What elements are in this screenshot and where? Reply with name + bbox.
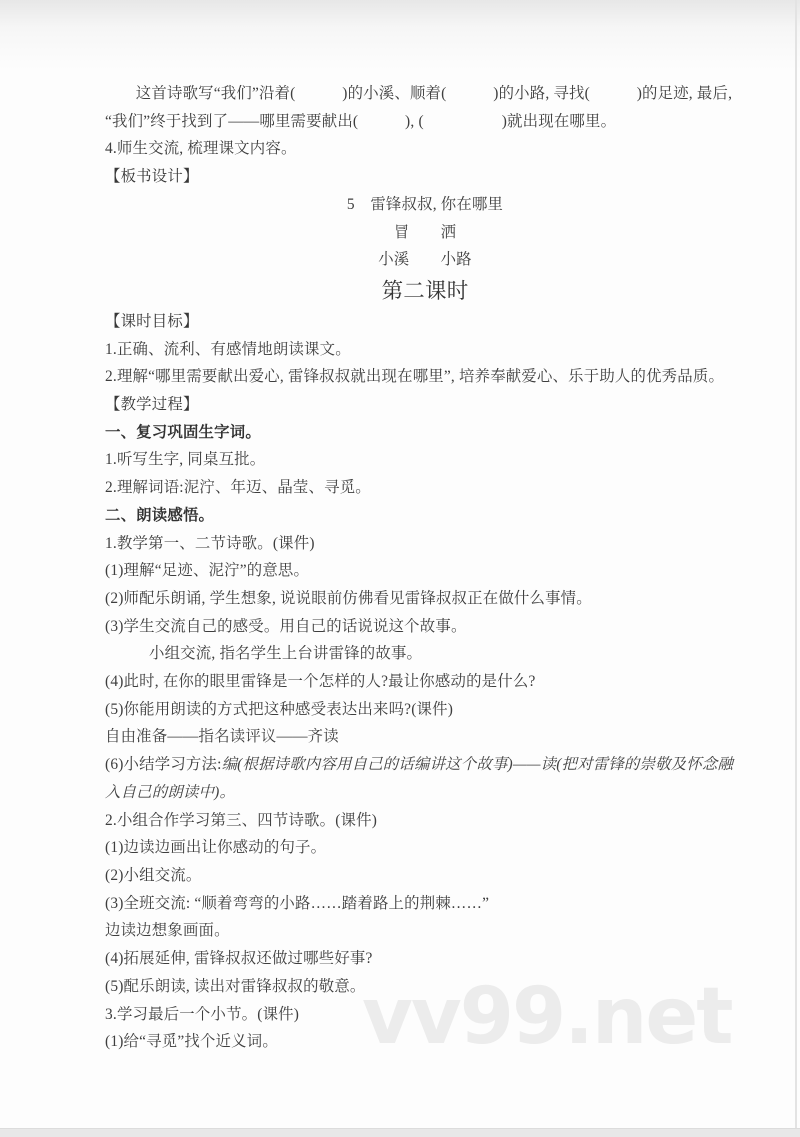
substep-teacher-recite: (2)师配乐朗诵, 学生想象, 说说眼前仿佛看见雷锋叔叔正在做什么事情。 bbox=[105, 585, 745, 613]
goal-item-1: 1.正确、流利、有感情地朗读课文。 bbox=[105, 336, 745, 364]
document-page: vv99.net 这首诗歌写“我们”沿着( )的小溪、顺着( )的小路, 寻找(… bbox=[0, 0, 800, 1137]
substep-method-summary: (6)小结学习方法:编(根据诗歌内容用自己的话编讲这个故事)——读(把对雷锋的崇… bbox=[105, 751, 745, 806]
heading-teaching-process: 【教学过程】 bbox=[105, 391, 745, 419]
step-word-meanings: 2.理解词语:泥泞、年迈、晶莹、寻觅。 bbox=[105, 474, 745, 502]
board-lesson-title: 5 雷锋叔叔, 你在哪里 bbox=[105, 191, 745, 219]
section-heading-1: 一、复习巩固生字词。 bbox=[105, 419, 745, 447]
page-bottom-edge bbox=[0, 1128, 800, 1137]
step-group-study-stanzas-3-4: 2.小组合作学习第三、四节诗歌。(课件) bbox=[105, 807, 745, 835]
substep-imagine-scene: 边读边想象画面。 bbox=[105, 917, 745, 945]
paragraph-poem-fill-blanks: 这首诗歌写“我们”沿着( )的小溪、顺着( )的小路, 寻找( )的足迹, 最后… bbox=[105, 80, 745, 135]
substep-impression-question: (4)此时, 在你的眼里雷锋是一个怎样的人?最让你感动的是什么? bbox=[105, 668, 745, 696]
paragraph-step-4: 4.师生交流, 梳理课文内容。 bbox=[105, 135, 745, 163]
board-word-pair-2: 小溪 小路 bbox=[105, 246, 745, 274]
goal-item-2: 2.理解“哪里需要献出爱心, 雷锋叔叔就出现在哪里”, 培养奉献爱心、乐于助人的… bbox=[105, 363, 745, 391]
substep-read-aloud-question: (5)你能用朗读的方式把这种感受表达出来吗?(课件) bbox=[105, 696, 745, 724]
substep-class-exchange: (3)全班交流: “顺着弯弯的小路……踏着路上的荆棘……” bbox=[105, 890, 745, 918]
step-last-stanza: 3.学习最后一个小节。(课件) bbox=[105, 1001, 745, 1029]
board-word-pair-1: 冒 洒 bbox=[105, 219, 745, 247]
section-heading-2: 二、朗读感悟。 bbox=[105, 502, 745, 530]
method-summary-prefix: (6)小结学习方法: bbox=[105, 756, 222, 773]
substep-practice-flow: 自由准备——指名读评议——齐读 bbox=[105, 723, 745, 751]
substep-word-meaning: (1)理解“足迹、泥泞”的意思。 bbox=[105, 557, 745, 585]
document-content: 这首诗歌写“我们”沿着( )的小溪、顺着( )的小路, 寻找( )的足迹, 最后… bbox=[105, 80, 745, 1056]
step-dictation: 1.听写生字, 同桌互批。 bbox=[105, 446, 745, 474]
substep-share-feelings: (3)学生交流自己的感受。用自己的话说说这个故事。 bbox=[105, 613, 745, 641]
heading-board-design: 【板书设计】 bbox=[105, 163, 745, 191]
substep-group-exchange-note: 小组交流, 指名学生上台讲雷锋的故事。 bbox=[105, 640, 745, 668]
substep-underline-sentences: (1)边读边画出让你感动的句子。 bbox=[105, 834, 745, 862]
step-teach-stanzas-1-2: 1.教学第一、二节诗歌。(课件) bbox=[105, 530, 745, 558]
title-second-period: 第二课时 bbox=[105, 274, 745, 308]
heading-period-goals: 【课时目标】 bbox=[105, 308, 745, 336]
page-right-edge bbox=[795, 0, 797, 1130]
substep-synonym: (1)给“寻觅”找个近义词。 bbox=[105, 1028, 745, 1056]
substep-group-exchange: (2)小组交流。 bbox=[105, 862, 745, 890]
substep-read-with-music: (5)配乐朗读, 读出对雷锋叔叔的敬意。 bbox=[105, 973, 745, 1001]
substep-extension: (4)拓展延伸, 雷锋叔叔还做过哪些好事? bbox=[105, 945, 745, 973]
